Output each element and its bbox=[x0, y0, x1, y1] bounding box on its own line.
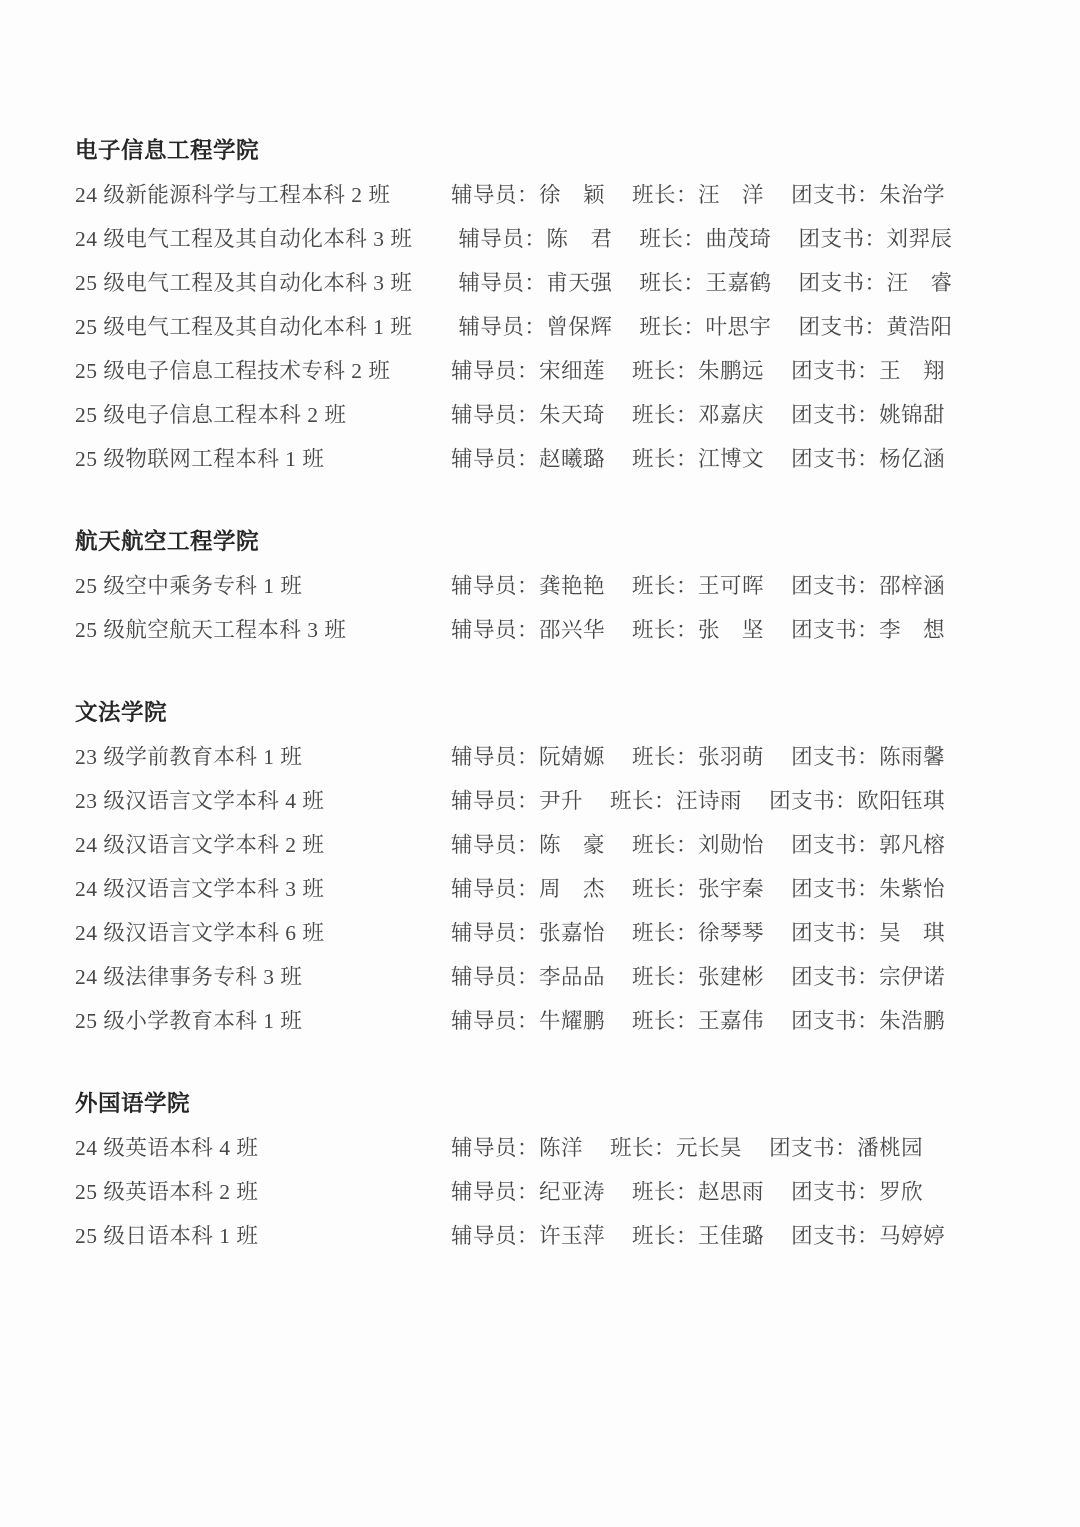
secretary-group: 团支书：陈雨馨 bbox=[791, 735, 945, 779]
class-name: 24 级汉语言文学本科 6 班 bbox=[75, 911, 405, 955]
counselor-label: 辅导员： bbox=[451, 1009, 539, 1033]
class-roster: 辅导员：陈洋班长：元长昊团支书：潘桃园 bbox=[451, 1126, 923, 1170]
secretary-group: 团支书：汪 睿 bbox=[798, 261, 952, 305]
class-row: 25 级日语本科 1 班辅导员：许玉萍班长：王佳璐团支书：马婷婷 bbox=[75, 1214, 1020, 1258]
class-name: 24 级法律事务专科 3 班 bbox=[75, 955, 405, 999]
monitor-group: 班长：汪 洋 bbox=[632, 173, 764, 217]
class-row: 24 级汉语言文学本科 2 班辅导员：陈 豪班长：刘勋怡团支书：郭凡榕 bbox=[75, 823, 1020, 867]
class-name: 25 级小学教育本科 1 班 bbox=[75, 999, 405, 1043]
secretary-label: 团支书： bbox=[791, 403, 879, 427]
counselor-group: 辅导员：朱天琦 bbox=[451, 393, 605, 437]
counselor-group: 辅导员：张嘉怡 bbox=[451, 911, 605, 955]
class-roster: 辅导员：纪亚涛班长：赵思雨团支书：罗欣 bbox=[451, 1170, 923, 1214]
monitor-group: 班长：张建彬 bbox=[632, 955, 764, 999]
monitor-name: 邓嘉庆 bbox=[698, 403, 764, 427]
secretary-label: 团支书： bbox=[791, 574, 879, 598]
monitor-name: 元长昊 bbox=[676, 1136, 742, 1160]
counselor-group: 辅导员：纪亚涛 bbox=[451, 1170, 605, 1214]
secretary-label: 团支书： bbox=[798, 271, 886, 295]
monitor-name: 张建彬 bbox=[698, 965, 764, 989]
class-row: 25 级空中乘务专科 1 班辅导员：龚艳艳班长：王可晖团支书：邵梓涵 bbox=[75, 564, 1020, 608]
monitor-label: 班长： bbox=[632, 618, 698, 642]
class-name: 23 级汉语言文学本科 4 班 bbox=[75, 779, 405, 823]
class-row: 24 级汉语言文学本科 3 班辅导员：周 杰班长：张宇秦团支书：朱紫怡 bbox=[75, 867, 1020, 911]
secretary-group: 团支书：马婷婷 bbox=[791, 1214, 945, 1258]
secretary-name: 朱浩鹏 bbox=[879, 1009, 945, 1033]
class-name: 24 级新能源科学与工程本科 2 班 bbox=[75, 173, 405, 217]
counselor-group: 辅导员：龚艳艳 bbox=[451, 564, 605, 608]
secretary-group: 团支书：郭凡榕 bbox=[791, 823, 945, 867]
counselor-name: 纪亚涛 bbox=[539, 1180, 605, 1204]
secretary-label: 团支书： bbox=[791, 877, 879, 901]
secretary-label: 团支书： bbox=[798, 315, 886, 339]
secretary-group: 团支书：姚锦甜 bbox=[791, 393, 945, 437]
secretary-name: 潘桃园 bbox=[857, 1136, 923, 1160]
secretary-group: 团支书：吴 琪 bbox=[791, 911, 945, 955]
monitor-group: 班长：邓嘉庆 bbox=[632, 393, 764, 437]
counselor-name: 邵兴华 bbox=[539, 618, 605, 642]
monitor-label: 班长： bbox=[632, 447, 698, 471]
college-title: 外国语学院 bbox=[75, 1081, 1020, 1126]
class-roster: 辅导员：周 杰班长：张宇秦团支书：朱紫怡 bbox=[451, 867, 945, 911]
counselor-label: 辅导员： bbox=[451, 877, 539, 901]
counselor-name: 陈 君 bbox=[546, 227, 612, 251]
counselor-name: 陈 豪 bbox=[539, 833, 605, 857]
secretary-group: 团支书：刘羿辰 bbox=[798, 217, 952, 261]
class-row: 25 级电气工程及其自动化本科 1 班辅导员：曾保辉班长：叶思宇团支书：黄浩阳 bbox=[75, 305, 1020, 349]
counselor-label: 辅导员： bbox=[451, 1224, 539, 1248]
secretary-label: 团支书： bbox=[791, 745, 879, 769]
secretary-name: 宗伊诺 bbox=[879, 965, 945, 989]
counselor-label: 辅导员： bbox=[451, 403, 539, 427]
secretary-group: 团支书：朱治学 bbox=[791, 173, 945, 217]
secretary-group: 团支书：王 翔 bbox=[791, 349, 945, 393]
class-roster: 辅导员：甫天强班长：王嘉鹤团支书：汪 睿 bbox=[458, 261, 952, 305]
monitor-name: 曲茂琦 bbox=[705, 227, 771, 251]
counselor-name: 牛耀鹏 bbox=[539, 1009, 605, 1033]
counselor-name: 龚艳艳 bbox=[539, 574, 605, 598]
college-section: 电子信息工程学院24 级新能源科学与工程本科 2 班辅导员：徐 颖班长：汪 洋团… bbox=[75, 128, 1020, 481]
class-name: 25 级电子信息工程技术专科 2 班 bbox=[75, 349, 405, 393]
counselor-label: 辅导员： bbox=[451, 1136, 539, 1160]
secretary-name: 王 翔 bbox=[879, 359, 945, 383]
counselor-label: 辅导员： bbox=[451, 965, 539, 989]
monitor-label: 班长： bbox=[632, 833, 698, 857]
monitor-label: 班长： bbox=[632, 1224, 698, 1248]
secretary-group: 团支书：朱紫怡 bbox=[791, 867, 945, 911]
secretary-name: 郭凡榕 bbox=[879, 833, 945, 857]
secretary-name: 欧阳钰琪 bbox=[857, 789, 945, 813]
counselor-name: 赵曦璐 bbox=[539, 447, 605, 471]
monitor-name: 刘勋怡 bbox=[698, 833, 764, 857]
class-name: 24 级汉语言文学本科 3 班 bbox=[75, 867, 405, 911]
monitor-label: 班长： bbox=[632, 1180, 698, 1204]
class-row: 25 级小学教育本科 1 班辅导员：牛耀鹏班长：王嘉伟团支书：朱浩鹏 bbox=[75, 999, 1020, 1043]
college-section: 航天航空工程学院25 级空中乘务专科 1 班辅导员：龚艳艳班长：王可晖团支书：邵… bbox=[75, 519, 1020, 652]
class-row: 25 级电子信息工程技术专科 2 班辅导员：宋细莲班长：朱鹏远团支书：王 翔 bbox=[75, 349, 1020, 393]
monitor-group: 班长：赵思雨 bbox=[632, 1170, 764, 1214]
counselor-name: 朱天琦 bbox=[539, 403, 605, 427]
class-roster: 辅导员：宋细莲班长：朱鹏远团支书：王 翔 bbox=[451, 349, 945, 393]
monitor-name: 徐琴琴 bbox=[698, 921, 764, 945]
counselor-label: 辅导员： bbox=[451, 183, 539, 207]
monitor-group: 班长：曲茂琦 bbox=[639, 217, 771, 261]
counselor-label: 辅导员： bbox=[458, 271, 546, 295]
class-roster-document: 电子信息工程学院24 级新能源科学与工程本科 2 班辅导员：徐 颖班长：汪 洋团… bbox=[0, 0, 1080, 1527]
monitor-label: 班长： bbox=[632, 1009, 698, 1033]
class-row: 25 级英语本科 2 班辅导员：纪亚涛班长：赵思雨团支书：罗欣 bbox=[75, 1170, 1020, 1214]
monitor-label: 班长： bbox=[632, 745, 698, 769]
class-roster: 辅导员：邵兴华班长：张 坚团支书：李 想 bbox=[451, 608, 945, 652]
class-name: 25 级电子信息工程本科 2 班 bbox=[75, 393, 405, 437]
class-row: 23 级学前教育本科 1 班辅导员：阮婧嫄班长：张羽萌团支书：陈雨馨 bbox=[75, 735, 1020, 779]
counselor-label: 辅导员： bbox=[451, 745, 539, 769]
secretary-name: 李 想 bbox=[879, 618, 945, 642]
class-row: 24 级汉语言文学本科 6 班辅导员：张嘉怡班长：徐琴琴团支书：吴 琪 bbox=[75, 911, 1020, 955]
counselor-name: 徐 颖 bbox=[539, 183, 605, 207]
counselor-label: 辅导员： bbox=[451, 921, 539, 945]
monitor-group: 班长：元长昊 bbox=[610, 1126, 742, 1170]
monitor-group: 班长：刘勋怡 bbox=[632, 823, 764, 867]
secretary-name: 汪 睿 bbox=[886, 271, 952, 295]
counselor-label: 辅导员： bbox=[451, 574, 539, 598]
class-name: 25 级电气工程及其自动化本科 1 班 bbox=[75, 305, 412, 349]
secretary-label: 团支书： bbox=[791, 1180, 879, 1204]
counselor-group: 辅导员：甫天强 bbox=[458, 261, 612, 305]
counselor-group: 辅导员：尹升 bbox=[451, 779, 583, 823]
class-roster: 辅导员：陈 君班长：曲茂琦团支书：刘羿辰 bbox=[458, 217, 952, 261]
secretary-group: 团支书：黄浩阳 bbox=[798, 305, 952, 349]
class-roster: 辅导员：曾保辉班长：叶思宇团支书：黄浩阳 bbox=[458, 305, 952, 349]
monitor-name: 王佳璐 bbox=[698, 1224, 764, 1248]
counselor-label: 辅导员： bbox=[451, 833, 539, 857]
monitor-name: 王可晖 bbox=[698, 574, 764, 598]
counselor-label: 辅导员： bbox=[451, 789, 539, 813]
monitor-group: 班长：张羽萌 bbox=[632, 735, 764, 779]
secretary-label: 团支书： bbox=[798, 227, 886, 251]
counselor-name: 陈洋 bbox=[539, 1136, 583, 1160]
secretary-group: 团支书：邵梓涵 bbox=[791, 564, 945, 608]
class-row: 24 级英语本科 4 班辅导员：陈洋班长：元长昊团支书：潘桃园 bbox=[75, 1126, 1020, 1170]
secretary-label: 团支书： bbox=[791, 965, 879, 989]
counselor-group: 辅导员：牛耀鹏 bbox=[451, 999, 605, 1043]
class-roster: 辅导员：尹升班长：汪诗雨团支书：欧阳钰琪 bbox=[451, 779, 945, 823]
monitor-group: 班长：王佳璐 bbox=[632, 1214, 764, 1258]
secretary-name: 刘羿辰 bbox=[886, 227, 952, 251]
monitor-label: 班长： bbox=[632, 403, 698, 427]
college-sections: 电子信息工程学院24 级新能源科学与工程本科 2 班辅导员：徐 颖班长：汪 洋团… bbox=[75, 128, 1020, 1258]
monitor-group: 班长：张宇秦 bbox=[632, 867, 764, 911]
class-row: 25 级电气工程及其自动化本科 3 班辅导员：甫天强班长：王嘉鹤团支书：汪 睿 bbox=[75, 261, 1020, 305]
monitor-name: 汪诗雨 bbox=[676, 789, 742, 813]
monitor-label: 班长： bbox=[632, 965, 698, 989]
class-name: 24 级英语本科 4 班 bbox=[75, 1126, 405, 1170]
monitor-label: 班长： bbox=[639, 227, 705, 251]
counselor-name: 甫天强 bbox=[546, 271, 612, 295]
counselor-name: 周 杰 bbox=[539, 877, 605, 901]
class-row: 24 级电气工程及其自动化本科 3 班辅导员：陈 君班长：曲茂琦团支书：刘羿辰 bbox=[75, 217, 1020, 261]
class-row: 25 级航空航天工程本科 3 班辅导员：邵兴华班长：张 坚团支书：李 想 bbox=[75, 608, 1020, 652]
secretary-label: 团支书： bbox=[769, 789, 857, 813]
monitor-group: 班长：汪诗雨 bbox=[610, 779, 742, 823]
monitor-label: 班长： bbox=[632, 574, 698, 598]
secretary-group: 团支书：朱浩鹏 bbox=[791, 999, 945, 1043]
counselor-group: 辅导员：徐 颖 bbox=[451, 173, 605, 217]
monitor-group: 班长：王嘉鹤 bbox=[639, 261, 771, 305]
monitor-name: 江博文 bbox=[698, 447, 764, 471]
monitor-group: 班长：张 坚 bbox=[632, 608, 764, 652]
monitor-name: 张 坚 bbox=[698, 618, 764, 642]
secretary-label: 团支书： bbox=[791, 359, 879, 383]
counselor-name: 尹升 bbox=[539, 789, 583, 813]
secretary-group: 团支书：宗伊诺 bbox=[791, 955, 945, 999]
class-roster: 辅导员：龚艳艳班长：王可晖团支书：邵梓涵 bbox=[451, 564, 945, 608]
class-name: 25 级物联网工程本科 1 班 bbox=[75, 437, 405, 481]
monitor-name: 朱鹏远 bbox=[698, 359, 764, 383]
class-roster: 辅导员：朱天琦班长：邓嘉庆团支书：姚锦甜 bbox=[451, 393, 945, 437]
counselor-label: 辅导员： bbox=[451, 359, 539, 383]
counselor-name: 阮婧嫄 bbox=[539, 745, 605, 769]
secretary-name: 姚锦甜 bbox=[879, 403, 945, 427]
monitor-name: 张宇秦 bbox=[698, 877, 764, 901]
college-title: 航天航空工程学院 bbox=[75, 519, 1020, 564]
counselor-name: 李品品 bbox=[539, 965, 605, 989]
college-title: 电子信息工程学院 bbox=[75, 128, 1020, 173]
secretary-name: 吴 琪 bbox=[879, 921, 945, 945]
class-roster: 辅导员：牛耀鹏班长：王嘉伟团支书：朱浩鹏 bbox=[451, 999, 945, 1043]
class-row: 24 级新能源科学与工程本科 2 班辅导员：徐 颖班长：汪 洋团支书：朱治学 bbox=[75, 173, 1020, 217]
counselor-group: 辅导员：宋细莲 bbox=[451, 349, 605, 393]
monitor-label: 班长： bbox=[639, 271, 705, 295]
secretary-label: 团支书： bbox=[791, 1009, 879, 1033]
counselor-name: 曾保辉 bbox=[546, 315, 612, 339]
counselor-group: 辅导员：陈洋 bbox=[451, 1126, 583, 1170]
college-section: 外国语学院24 级英语本科 4 班辅导员：陈洋班长：元长昊团支书：潘桃园25 级… bbox=[75, 1081, 1020, 1258]
class-roster: 辅导员：徐 颖班长：汪 洋团支书：朱治学 bbox=[451, 173, 945, 217]
counselor-group: 辅导员：许玉萍 bbox=[451, 1214, 605, 1258]
secretary-name: 罗欣 bbox=[879, 1180, 923, 1204]
counselor-label: 辅导员： bbox=[451, 618, 539, 642]
class-roster: 辅导员：李品品班长：张建彬团支书：宗伊诺 bbox=[451, 955, 945, 999]
counselor-group: 辅导员：陈 君 bbox=[458, 217, 612, 261]
monitor-group: 班长：朱鹏远 bbox=[632, 349, 764, 393]
counselor-group: 辅导员：曾保辉 bbox=[458, 305, 612, 349]
secretary-name: 杨亿涵 bbox=[879, 447, 945, 471]
monitor-group: 班长：徐琴琴 bbox=[632, 911, 764, 955]
secretary-label: 团支书： bbox=[791, 618, 879, 642]
monitor-name: 赵思雨 bbox=[698, 1180, 764, 1204]
monitor-label: 班长： bbox=[639, 315, 705, 339]
counselor-label: 辅导员： bbox=[458, 315, 546, 339]
secretary-name: 陈雨馨 bbox=[879, 745, 945, 769]
secretary-group: 团支书：李 想 bbox=[791, 608, 945, 652]
secretary-name: 马婷婷 bbox=[879, 1224, 945, 1248]
counselor-label: 辅导员： bbox=[451, 447, 539, 471]
counselor-group: 辅导员：李品品 bbox=[451, 955, 605, 999]
class-name: 24 级汉语言文学本科 2 班 bbox=[75, 823, 405, 867]
monitor-label: 班长： bbox=[632, 359, 698, 383]
counselor-group: 辅导员：陈 豪 bbox=[451, 823, 605, 867]
class-row: 25 级物联网工程本科 1 班辅导员：赵曦璐班长：江博文团支书：杨亿涵 bbox=[75, 437, 1020, 481]
class-row: 25 级电子信息工程本科 2 班辅导员：朱天琦班长：邓嘉庆团支书：姚锦甜 bbox=[75, 393, 1020, 437]
college-title: 文法学院 bbox=[75, 690, 1020, 735]
monitor-group: 班长：王可晖 bbox=[632, 564, 764, 608]
class-name: 25 级电气工程及其自动化本科 3 班 bbox=[75, 261, 412, 305]
secretary-group: 团支书：欧阳钰琪 bbox=[769, 779, 945, 823]
monitor-name: 张羽萌 bbox=[698, 745, 764, 769]
secretary-group: 团支书：杨亿涵 bbox=[791, 437, 945, 481]
secretary-label: 团支书： bbox=[769, 1136, 857, 1160]
secretary-label: 团支书： bbox=[791, 183, 879, 207]
monitor-label: 班长： bbox=[632, 877, 698, 901]
secretary-group: 团支书：潘桃园 bbox=[769, 1126, 923, 1170]
monitor-group: 班长：江博文 bbox=[632, 437, 764, 481]
monitor-name: 汪 洋 bbox=[698, 183, 764, 207]
monitor-label: 班长： bbox=[632, 183, 698, 207]
counselor-group: 辅导员：邵兴华 bbox=[451, 608, 605, 652]
monitor-name: 叶思宇 bbox=[705, 315, 771, 339]
counselor-name: 张嘉怡 bbox=[539, 921, 605, 945]
monitor-label: 班长： bbox=[632, 921, 698, 945]
counselor-group: 辅导员：赵曦璐 bbox=[451, 437, 605, 481]
class-name: 23 级学前教育本科 1 班 bbox=[75, 735, 405, 779]
monitor-label: 班长： bbox=[610, 789, 676, 813]
monitor-name: 王嘉鹤 bbox=[705, 271, 771, 295]
class-roster: 辅导员：阮婧嫄班长：张羽萌团支书：陈雨馨 bbox=[451, 735, 945, 779]
monitor-name: 王嘉伟 bbox=[698, 1009, 764, 1033]
counselor-group: 辅导员：周 杰 bbox=[451, 867, 605, 911]
class-name: 25 级英语本科 2 班 bbox=[75, 1170, 405, 1214]
secretary-name: 朱紫怡 bbox=[879, 877, 945, 901]
secretary-label: 团支书： bbox=[791, 833, 879, 857]
class-row: 24 级法律事务专科 3 班辅导员：李品品班长：张建彬团支书：宗伊诺 bbox=[75, 955, 1020, 999]
secretary-name: 邵梓涵 bbox=[879, 574, 945, 598]
class-row: 23 级汉语言文学本科 4 班辅导员：尹升班长：汪诗雨团支书：欧阳钰琪 bbox=[75, 779, 1020, 823]
class-name: 24 级电气工程及其自动化本科 3 班 bbox=[75, 217, 412, 261]
class-roster: 辅导员：赵曦璐班长：江博文团支书：杨亿涵 bbox=[451, 437, 945, 481]
class-roster: 辅导员：张嘉怡班长：徐琴琴团支书：吴 琪 bbox=[451, 911, 945, 955]
monitor-group: 班长：王嘉伟 bbox=[632, 999, 764, 1043]
counselor-name: 宋细莲 bbox=[539, 359, 605, 383]
class-roster: 辅导员：许玉萍班长：王佳璐团支书：马婷婷 bbox=[451, 1214, 945, 1258]
class-roster: 辅导员：陈 豪班长：刘勋怡团支书：郭凡榕 bbox=[451, 823, 945, 867]
class-name: 25 级航空航天工程本科 3 班 bbox=[75, 608, 405, 652]
monitor-group: 班长：叶思宇 bbox=[639, 305, 771, 349]
class-name: 25 级日语本科 1 班 bbox=[75, 1214, 405, 1258]
secretary-label: 团支书： bbox=[791, 447, 879, 471]
secretary-group: 团支书：罗欣 bbox=[791, 1170, 923, 1214]
counselor-name: 许玉萍 bbox=[539, 1224, 605, 1248]
monitor-label: 班长： bbox=[610, 1136, 676, 1160]
secretary-label: 团支书： bbox=[791, 921, 879, 945]
counselor-group: 辅导员：阮婧嫄 bbox=[451, 735, 605, 779]
secretary-name: 黄浩阳 bbox=[886, 315, 952, 339]
secretary-label: 团支书： bbox=[791, 1224, 879, 1248]
class-name: 25 级空中乘务专科 1 班 bbox=[75, 564, 405, 608]
college-section: 文法学院23 级学前教育本科 1 班辅导员：阮婧嫄班长：张羽萌团支书：陈雨馨23… bbox=[75, 690, 1020, 1043]
counselor-label: 辅导员： bbox=[451, 1180, 539, 1204]
secretary-name: 朱治学 bbox=[879, 183, 945, 207]
counselor-label: 辅导员： bbox=[458, 227, 546, 251]
